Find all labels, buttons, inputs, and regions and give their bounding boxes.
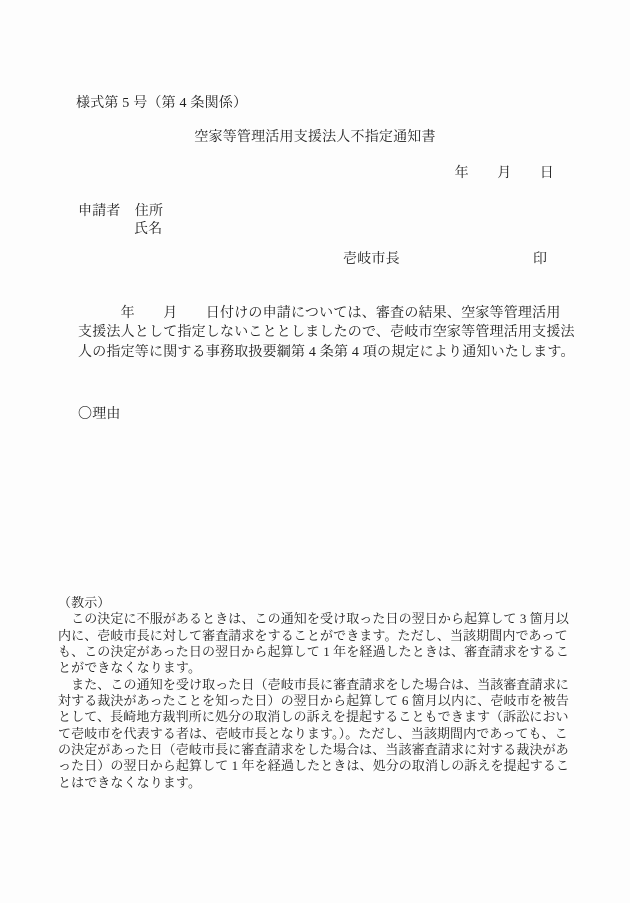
document-page: 様式第 5 号（第 4 条関係） 空家等管理活用支援法人不指定通知書 年 月 日… xyxy=(0,0,630,903)
mayor-signature-label: 壱岐市長 xyxy=(343,251,400,268)
applicant-name-label: 氏名 xyxy=(134,221,162,238)
body-line: 人の指定等に関する事務取扱要綱第 4 条第 4 項の規定により通知いたします。 xyxy=(78,343,575,362)
notice-line: とはできなくなります。 xyxy=(58,775,569,791)
notice-line: 対する裁決があったことを知った日）の翌日から起算して 6 箇月以内に、壱岐市を被… xyxy=(58,693,569,709)
seal-placeholder: 印 xyxy=(533,251,547,268)
document-title: 空家等管理活用支援法人不指定通知書 xyxy=(0,129,630,146)
notice-line: の決定があった日（壱岐市長に審査請求をした場合は、当該審査請求に対する裁決があ xyxy=(58,742,569,758)
notice-line: この決定に不服があるときは、この通知を受け取った日の翌日から起算して 3 箇月以 xyxy=(58,611,569,627)
appeal-instructions-block: （教示） この決定に不服があるときは、この通知を受け取った日の翌日から起算して … xyxy=(58,595,569,791)
notice-line: った日）の翌日から起算して 1 年を経過したときは、処分の取消しの訴えを提起する… xyxy=(58,758,569,774)
form-number: 様式第 5 号（第 4 条関係） xyxy=(76,95,247,112)
notice-line: て壱岐市を代表する者は、壱岐市長となります。）。ただし、当該期間内であっても、こ xyxy=(58,726,569,742)
date-blank-line: 年 月 日 xyxy=(455,165,554,182)
body-line: 支援法人として指定しないこととしましたので、壱岐市空家等管理活用支援法 xyxy=(78,323,575,342)
notice-line: として、長崎地方裁判所に処分の取消しの訴えを提起することもできます（訴訟におい xyxy=(58,709,569,725)
notice-line: また、この通知を受け取った日（壱岐市長に審査請求をした場合は、当該審査請求に xyxy=(58,677,569,693)
notice-heading: （教示） xyxy=(58,595,569,611)
notice-line: も、この決定があった日の翌日から起算して 1 年を経過したときは、審査請求をする… xyxy=(58,644,569,660)
main-body-paragraph: 年 月 日付けの申請については、審査の結果、空家等管理活用 支援法人として指定し… xyxy=(78,304,575,362)
reason-heading: 〇理由 xyxy=(78,406,121,423)
body-line: 年 月 日付けの申請については、審査の結果、空家等管理活用 xyxy=(78,304,575,323)
notice-line: とができなくなります。 xyxy=(58,660,569,676)
notice-line: 内に、壱岐市長に対して審査請求をすることができます。ただし、当該期間内であって xyxy=(58,628,569,644)
applicant-address-labels: 申請者 住所 xyxy=(78,203,163,220)
